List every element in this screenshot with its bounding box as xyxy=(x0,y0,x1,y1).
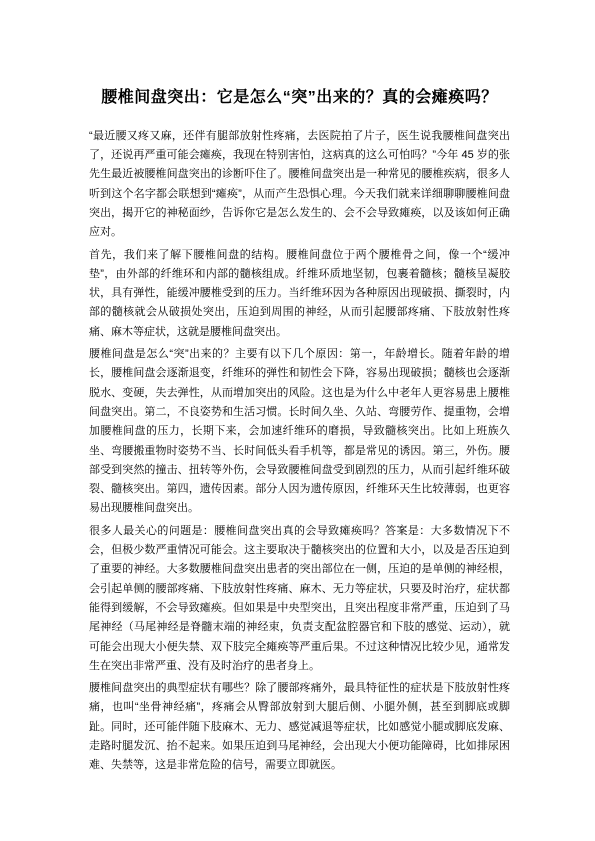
document-page: 腰椎间盘突出：它是怎么“突”出来的？真的会瘫痪吗？ “最近腰又疼又麻，还伴有腿部… xyxy=(0,0,595,841)
paragraph-paralysis-risk: 很多人最关心的问题是：腰椎间盘突出真的会导致瘫痪吗？答案是：大多数情况下不会，但… xyxy=(89,522,510,676)
paragraph-causes: 腰椎间盘是怎么“突”出来的？主要有以下几个原因：第一，年龄增长。随着年龄的增长，… xyxy=(89,345,510,519)
paragraph-disc-structure: 首先，我们来了解下腰椎间盘的结构。腰椎间盘位于两个腰椎骨之间，像一个“缓冲垫”，… xyxy=(89,246,510,342)
paragraph-typical-symptoms: 腰椎间盘突出的典型症状有哪些？除了腰部疼痛外，最具特征性的症状是下肢放射性疼痛，… xyxy=(89,679,510,775)
paragraph-intro: “最近腰又疼又麻，还伴有腿部放射性疼痛，去医院拍了片子，医生说我腰椎间盘突出了，… xyxy=(89,127,510,243)
document-title: 腰椎间盘突出：它是怎么“突”出来的？真的会瘫痪吗？ xyxy=(89,88,510,109)
document-body: “最近腰又疼又麻，还伴有腿部放射性疼痛，去医院拍了片子，医生说我腰椎间盘突出了，… xyxy=(89,127,510,776)
